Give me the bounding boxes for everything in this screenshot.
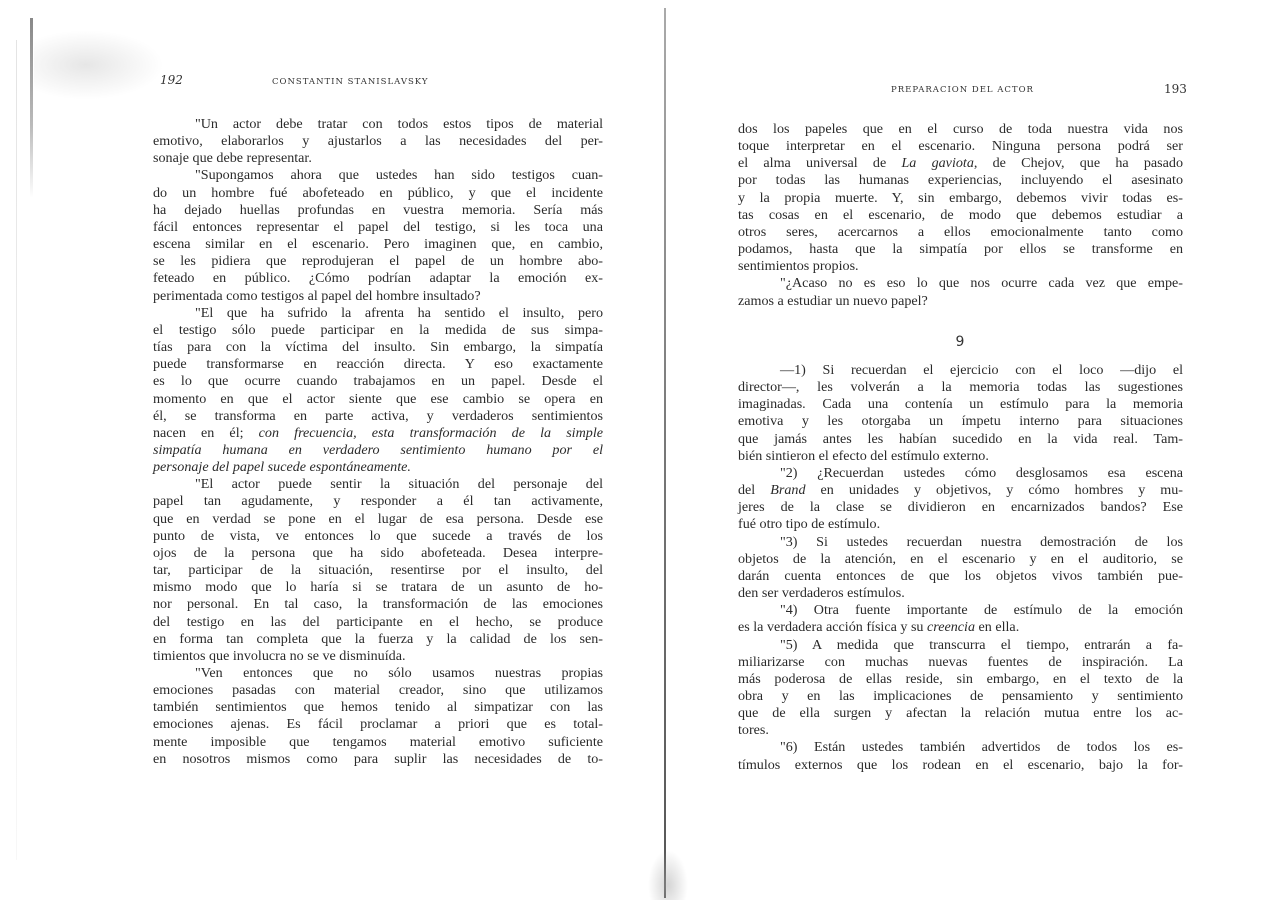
text-line: escena similar en el escenario. Pero ima…: [153, 236, 603, 253]
text-line: emociones ajenas. Es fácil proclamar a p…: [153, 716, 603, 733]
running-head: PREPARACION DEL ACTOR: [891, 85, 1034, 95]
text-line: tas cosas en el escenario, de modo que d…: [738, 207, 1183, 224]
text-line: que jamás antes les habían sucedido en l…: [738, 431, 1183, 448]
page-number: 192: [160, 73, 183, 87]
text-line: do un hombre fué abofeteado en público, …: [153, 185, 603, 202]
text-line: mismo modo que lo haría si se tratara de…: [153, 579, 603, 596]
text-line: papel tan agudamente, y responder a él t…: [153, 493, 603, 510]
text-line: tías para con la víctima del insulto. Si…: [153, 339, 603, 356]
text-line: otros seres, acercarnos a ellos emociona…: [738, 224, 1183, 241]
text-line: momento en que el actor siente que ese c…: [153, 391, 603, 408]
body-text: "Un actor debe tratar con todos estos ti…: [153, 116, 603, 768]
text-line: y la propia muerte. Y, sin embargo, debe…: [738, 190, 1183, 207]
text-line: perimentada como testigos al papel del h…: [153, 288, 603, 305]
section-number: 9: [640, 334, 1280, 350]
text-line: por todas las humanas experiencias, incl…: [738, 172, 1183, 189]
text-line: emotivo, elaborarlos y ajustarlos a las …: [153, 133, 603, 150]
text-line: tores.: [738, 722, 1183, 739]
text-line: feteado en público. ¿Cómo podrían adapta…: [153, 270, 603, 287]
text-line: tímulos externos que los rodean en el es…: [738, 757, 1183, 774]
text-line: zamos a estudiar un nuevo papel?: [738, 293, 1183, 310]
text-line: imaginadas. Cada una contenía un estímul…: [738, 396, 1183, 413]
text-line: "2) ¿Recuerdan ustedes cómo desglosamos …: [738, 465, 1183, 482]
text-line: es la verdadera acción física y su creen…: [738, 619, 1183, 636]
text-line: "Ven entonces que no sólo usamos nuestra…: [153, 665, 603, 682]
text-line: en nosotros mismos como para suplir las …: [153, 751, 603, 768]
text-line: "6) Están ustedes también advertidos de …: [738, 739, 1183, 756]
scan-smudge-artifact: [34, 30, 164, 100]
text-line: timientos que involucra no se ve disminu…: [153, 648, 603, 665]
text-line: obra y en las implicaciones de pensamien…: [738, 688, 1183, 705]
text-line: del testigo en las del participante en e…: [153, 614, 603, 631]
text-line: ha dejado huellas profundas en vuestra m…: [153, 202, 603, 219]
left-page: 192 CONSTANTIN STANISLAVSKY "Un actor de…: [0, 0, 640, 906]
text-line: él, se transforma en parte activa, y ver…: [153, 408, 603, 425]
text-line: puede transformarse en reacción directa.…: [153, 356, 603, 373]
text-line: en forma tan completa que la fuerza y la…: [153, 631, 603, 648]
text-line: simpatía humana en verdadero sentimiento…: [153, 442, 603, 459]
text-line: darán cuenta entonces de que los objetos…: [738, 568, 1183, 585]
text-line: punto de vista, ve entonces lo que suced…: [153, 528, 603, 545]
text-line: "5) A medida que transcurra el tiempo, e…: [738, 637, 1183, 654]
text-line: fácil entonces representar el papel del …: [153, 219, 603, 236]
text-line: sonaje que debe representar.: [153, 150, 603, 167]
text-line: el alma universal de La gaviota, de Chej…: [738, 155, 1183, 172]
body-text-bottom: —1) Si recuerdan el ejercicio con el loc…: [738, 362, 1183, 774]
text-line: bién sintieron el efecto del estímulo ex…: [738, 448, 1183, 465]
text-line: "3) Si ustedes recuerdan nuestra demostr…: [738, 534, 1183, 551]
text-line: "Supongamos ahora que ustedes han sido t…: [153, 167, 603, 184]
text-line: podamos, hasta que la simpatía por ellos…: [738, 241, 1183, 258]
text-line: miliarizarse con muchas nuevas fuentes d…: [738, 654, 1183, 671]
text-line: que de ella surgen y afectan la relación…: [738, 705, 1183, 722]
text-line: den ser verdaderos estímulos.: [738, 585, 1183, 602]
running-head: CONSTANTIN STANISLAVSKY: [272, 77, 429, 87]
text-line: dos los papeles que en el curso de toda …: [738, 121, 1183, 138]
scan-edge-artifact: [16, 40, 17, 860]
text-line: jeres de la clase se dividieron en encar…: [738, 499, 1183, 516]
text-line: "4) Otra fuente importante de estímulo d…: [738, 602, 1183, 619]
text-line: tar, participar de la situación, resenti…: [153, 562, 603, 579]
text-line: mente imposible que tengamos material em…: [153, 734, 603, 751]
text-line: más poderosa de ellas reside, sin embarg…: [738, 671, 1183, 688]
right-page: PREPARACION DEL ACTOR 193 dos los papele…: [640, 0, 1280, 906]
text-line: "El actor puede sentir la situación del …: [153, 476, 603, 493]
text-line: ojos de la persona que ha sido abofetead…: [153, 545, 603, 562]
text-line: se les pidiera que reprodujeran el papel…: [153, 253, 603, 270]
text-line: nor personal. En tal caso, la transforma…: [153, 596, 603, 613]
text-line: del Brand en unidades y objetivos, y cóm…: [738, 482, 1183, 499]
text-line: emotiva y les otorgaba un ímpetu interno…: [738, 413, 1183, 430]
text-line: "¿Acaso no es eso lo que nos ocurre cada…: [738, 275, 1183, 292]
text-line: el testigo sólo puede participar en la m…: [153, 322, 603, 339]
text-line: director—, les volverán a la memoria tod…: [738, 379, 1183, 396]
text-line: que en verdad se pone en el lugar de esa…: [153, 511, 603, 528]
text-line: también sentimientos que hemos tenido al…: [153, 699, 603, 716]
text-line: nacen en él; con frecuencia, esta transf…: [153, 425, 603, 442]
text-line: toque interpretar en el escenario. Ningu…: [738, 138, 1183, 155]
text-line: —1) Si recuerdan el ejercicio con el loc…: [738, 362, 1183, 379]
scan-edge-artifact: [30, 18, 33, 198]
text-line: personaje del papel sucede espontáneamen…: [153, 459, 603, 476]
text-line: objetos de la atención, en el escenario …: [738, 551, 1183, 568]
text-line: es lo que ocurre cuando trabajamos en un…: [153, 373, 603, 390]
text-line: sentimientos propios.: [738, 258, 1183, 275]
body-text-top: dos los papeles que en el curso de toda …: [738, 121, 1183, 310]
text-line: fué otro tipo de estímulo.: [738, 516, 1183, 533]
page-number: 193: [1164, 82, 1187, 96]
text-line: "Un actor debe tratar con todos estos ti…: [153, 116, 603, 133]
text-line: emociones pasadas con material creador, …: [153, 682, 603, 699]
text-line: "El que ha sufrido la afrenta ha sentido…: [153, 305, 603, 322]
